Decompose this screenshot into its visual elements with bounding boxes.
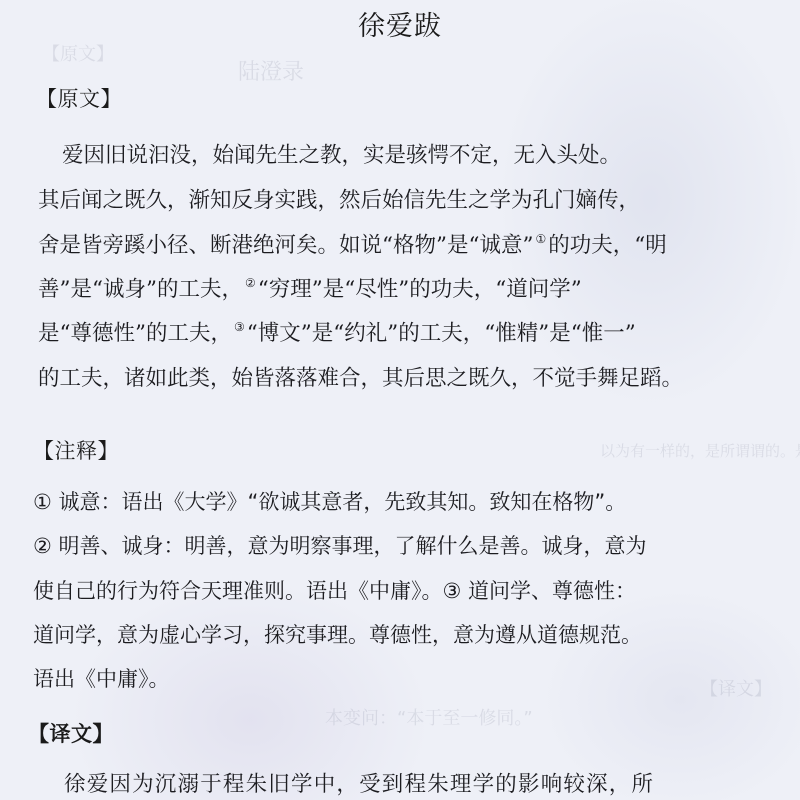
footnote-marker-3[interactable]: ③ (234, 320, 245, 334)
note-line: ② 明善、诚身：明善，意为明察事理，了解什么是善。诚身，意为 (33, 530, 647, 560)
original-text-segment: “穷理”是“尽性”的功夫，“道问学” (258, 277, 582, 302)
page-title: 徐爱跋 (0, 4, 800, 43)
section-label-notes: 【注释】 (33, 435, 119, 465)
original-text-segment: 舍是皆旁蹊小径、断港绝河矣。如说“格物”是“诚意” (38, 233, 533, 258)
original-text-segment: “博文”是“约礼”的工夫，“惟精”是“惟一” (247, 321, 636, 346)
section-label-translation: 【译文】 (28, 718, 114, 748)
book-page: 【原文】 陆澄录 以为有一样的，是所谓谓的。是互一说。十一既曰在一个下了 【译文… (0, 0, 800, 800)
original-text-segment: 的功夫，“明 (548, 233, 667, 258)
note-line: 语出《中庸》。 (33, 663, 170, 693)
footnote-marker-2[interactable]: ② (245, 276, 256, 290)
original-text-line: 善”是“诚身”的工夫，②“穷理”是“尽性”的功夫，“道问学” (38, 272, 582, 303)
footnote-marker-1[interactable]: ① (535, 232, 546, 246)
original-text-line: 舍是皆旁蹊小径、断港绝河矣。如说“格物”是“诚意”①的功夫，“明 (38, 228, 667, 259)
show-through-text: 陆澄录 (238, 55, 304, 86)
section-label-original: 【原文】 (36, 83, 122, 113)
show-through-text: 【原文】 (42, 40, 114, 66)
original-text-line: 是“尊德性”的工夫，③“博文”是“约礼”的工夫，“惟精”是“惟一” (38, 316, 636, 347)
show-through-text: 以为有一样的，是所谓谓的。是互一说。十一既曰在一个下了 (600, 440, 800, 461)
show-through-text: 【译文】 (700, 675, 772, 701)
translation-text-line: 徐爱因为沉溺于程朱旧学中，受到程朱理学的影响较深，所 (64, 767, 654, 798)
original-text-line: 爱因旧说汩没，始闻先生之教，实是骇愕不定，无入头处。 (62, 138, 621, 169)
original-text-line: 其后闻之既久，渐知反身实践，然后始信先生之学为孔门嫡传， (38, 183, 640, 214)
show-through-text: 本变问：“本于至一修同。” (325, 704, 533, 730)
note-line: 使自己的行为符合天理准则。语出《中庸》。③ 道问学、尊德性： (33, 575, 636, 605)
original-text-line: 的工夫，诸如此类，始皆落落难合，其后思之既久，不觉手舞足蹈。 (38, 361, 683, 392)
original-text-segment: 是“尊德性”的工夫， (38, 321, 232, 346)
original-text-segment: 善”是“诚身”的工夫， (38, 277, 243, 302)
note-line: 道问学，意为虚心学习，探究事理。尊德性，意为遵从道德规范。 (33, 619, 642, 649)
note-line: ① 诚意：语出《大学》“欲诚其意者，先致其知。致知在格物”。 (33, 486, 626, 516)
